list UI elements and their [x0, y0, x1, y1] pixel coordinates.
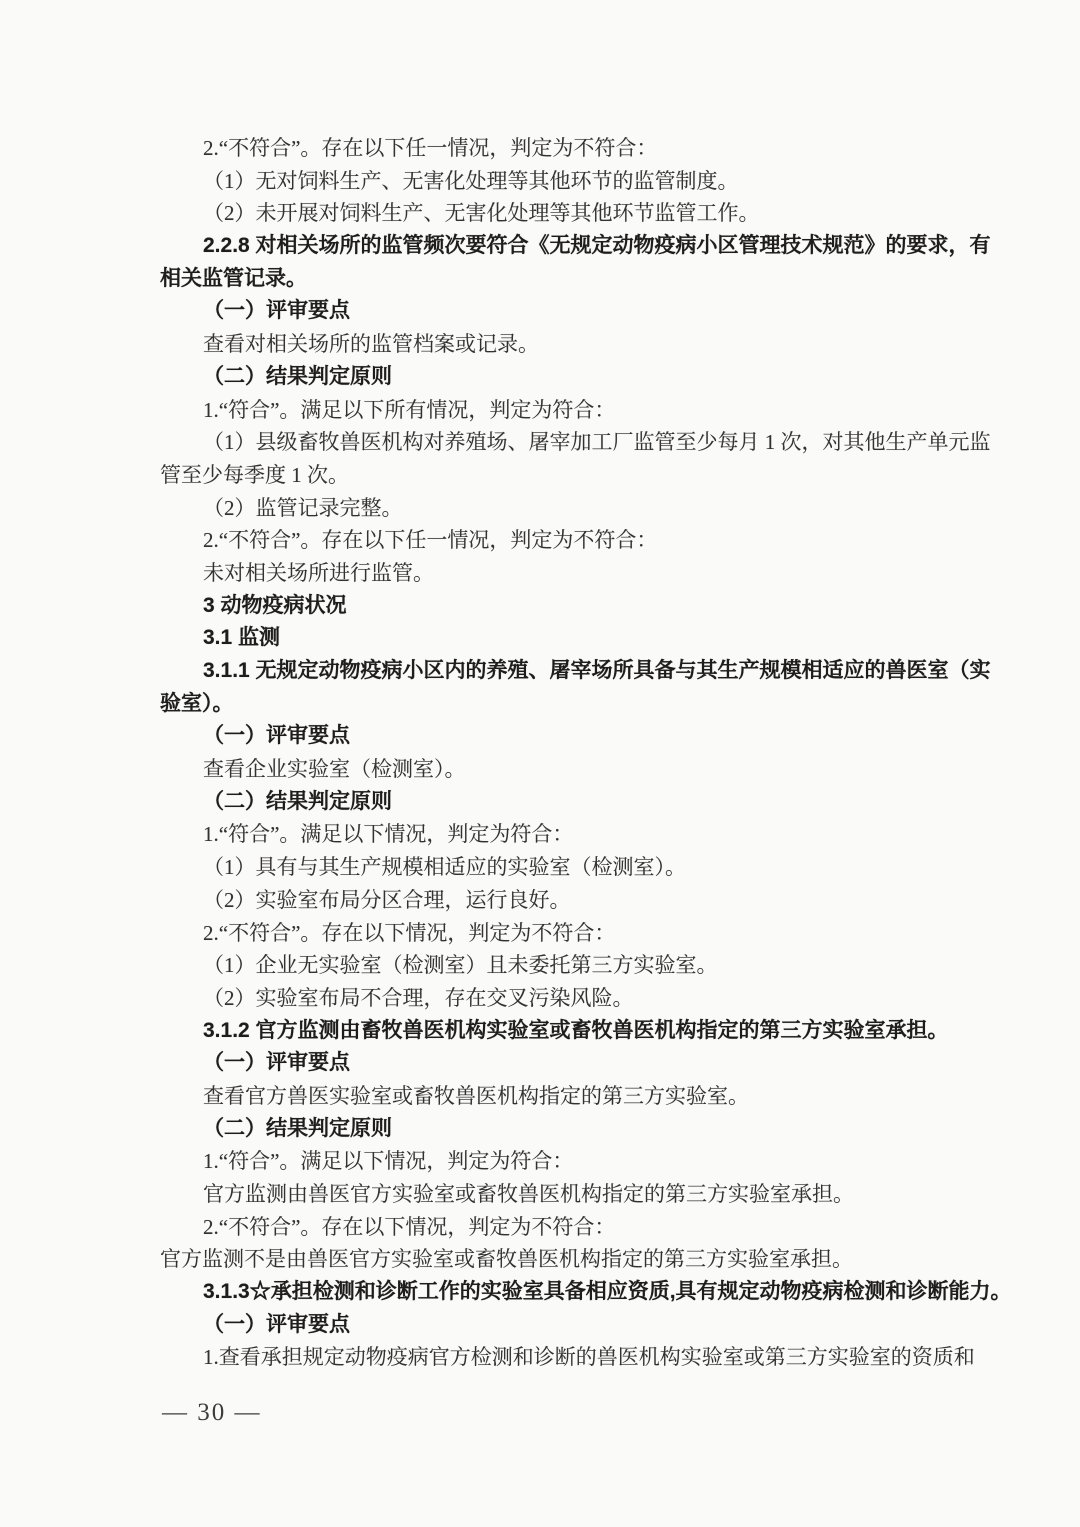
text-line: （2）实验室布局不合理，存在交叉污染风险。 — [160, 982, 950, 1015]
text-line: 3.1.3☆承担检测和诊断工作的实验室具备相应资质,具有规定动物疫病检测和诊断能… — [160, 1276, 950, 1309]
text-line: （1）企业无实验室（检测室）且未委托第三方实验室。 — [160, 949, 950, 982]
text-line: （一）评审要点 — [160, 295, 950, 328]
text-line: （二）结果判定原则 — [160, 786, 950, 819]
document-body: 2.“不符合”。存在以下任一情况，判定为不符合：（1）无对饲料生产、无害化处理等… — [160, 132, 950, 1374]
text-line: （1）具有与其生产规模相适应的实验室（检测室）。 — [160, 851, 950, 884]
text-line: 1.“符合”。满足以下情况，判定为符合： — [160, 1145, 950, 1178]
text-line: （一）评审要点 — [160, 1047, 950, 1080]
text-line: （一）评审要点 — [160, 1309, 950, 1342]
page-number: — 30 — — [162, 1399, 262, 1427]
text-line: 官方监测不是由兽医官方实验室或畜牧兽医机构指定的第三方实验室承担。 — [160, 1243, 950, 1276]
text-line: 2.“不符合”。存在以下任一情况，判定为不符合： — [160, 132, 950, 165]
document-page: 2.“不符合”。存在以下任一情况，判定为不符合：（1）无对饲料生产、无害化处理等… — [0, 0, 1080, 1527]
text-line: 查看官方兽医实验室或畜牧兽医机构指定的第三方实验室。 — [160, 1080, 950, 1113]
text-line: 未对相关场所进行监管。 — [160, 557, 950, 590]
text-line: （1）县级畜牧兽医机构对养殖场、屠宰加工厂监管至少每月 1 次，对其他生产单元监 — [160, 426, 950, 459]
text-line: （二）结果判定原则 — [160, 361, 950, 394]
text-line: 2.“不符合”。存在以下情况，判定为不符合： — [160, 917, 950, 950]
text-line: 3.1 监测 — [160, 622, 950, 655]
text-line: 查看企业实验室（检测室）。 — [160, 753, 950, 786]
text-line: 官方监测由兽医官方实验室或畜牧兽医机构指定的第三方实验室承担。 — [160, 1178, 950, 1211]
text-line: 2.“不符合”。存在以下任一情况，判定为不符合： — [160, 524, 950, 557]
text-line: （2）监管记录完整。 — [160, 492, 950, 525]
text-line: 1.查看承担规定动物疫病官方检测和诊断的兽医机构实验室或第三方实验室的资质和 — [160, 1341, 950, 1374]
text-line: 3.1.1 无规定动物疫病小区内的养殖、屠宰场所具备与其生产规模相适应的兽医室（… — [160, 655, 950, 688]
text-line: 2.2.8 对相关场所的监管频次要符合《无规定动物疫病小区管理技术规范》的要求，… — [160, 230, 950, 263]
text-line: 验室）。 — [160, 688, 950, 721]
text-line: （2）实验室布局分区合理，运行良好。 — [160, 884, 950, 917]
text-line: 相关监管记录。 — [160, 263, 950, 296]
text-line: 管至少每季度 1 次。 — [160, 459, 950, 492]
text-line: 1.“符合”。满足以下情况，判定为符合： — [160, 818, 950, 851]
text-line: 3.1.2 官方监测由畜牧兽医机构实验室或畜牧兽医机构指定的第三方实验室承担。 — [160, 1015, 950, 1048]
text-line: 3 动物疫病状况 — [160, 590, 950, 623]
text-line: 1.“符合”。满足以下所有情况，判定为符合： — [160, 394, 950, 427]
text-line: 2.“不符合”。存在以下情况，判定为不符合： — [160, 1211, 950, 1244]
text-line: （1）无对饲料生产、无害化处理等其他环节的监管制度。 — [160, 165, 950, 198]
text-line: 查看对相关场所的监管档案或记录。 — [160, 328, 950, 361]
text-line: （二）结果判定原则 — [160, 1113, 950, 1146]
text-line: （一）评审要点 — [160, 720, 950, 753]
text-line: （2）未开展对饲料生产、无害化处理等其他环节监管工作。 — [160, 197, 950, 230]
